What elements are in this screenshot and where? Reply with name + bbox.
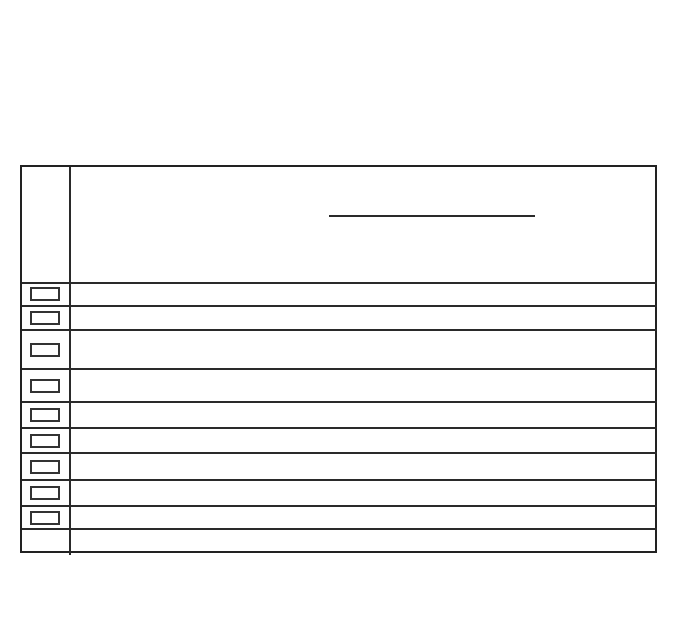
value-settlement — [430, 306, 535, 330]
header-transferred-group — [335, 167, 529, 215]
value-total — [329, 506, 430, 529]
land-category-name — [69, 453, 329, 480]
value-state — [535, 480, 657, 506]
legend-symbol-box — [30, 343, 60, 357]
value-settlement — [430, 330, 535, 369]
value-state — [535, 506, 657, 529]
land-category-name — [69, 282, 329, 306]
value-total — [329, 369, 430, 402]
legend-symbol-box — [30, 379, 60, 393]
land-category-name — [69, 480, 329, 506]
value-settlement — [430, 529, 535, 555]
value-settlement — [430, 402, 535, 428]
value-settlement — [430, 453, 535, 480]
value-total — [329, 453, 430, 480]
value-state — [535, 306, 657, 330]
value-total — [329, 282, 430, 306]
value-total — [329, 402, 430, 428]
value-total — [329, 480, 430, 506]
value-total — [329, 306, 430, 330]
header-name-column — [75, 167, 323, 282]
legend-symbol-box — [30, 311, 60, 325]
legend-symbol-box — [30, 486, 60, 500]
row-divider — [329, 215, 535, 217]
value-state — [535, 369, 657, 402]
value-state — [535, 529, 657, 555]
land-category-name — [69, 506, 329, 529]
value-total — [329, 330, 430, 369]
value-total — [329, 529, 430, 555]
value-state — [535, 330, 657, 369]
value-state — [535, 402, 657, 428]
column-divider — [69, 167, 71, 529]
column-divider — [69, 529, 71, 555]
value-settlement — [430, 480, 535, 506]
land-category-name — [69, 330, 329, 369]
value-total — [329, 428, 430, 453]
legend-symbol-box — [30, 434, 60, 448]
legend-symbol-box — [30, 460, 60, 474]
header-total-subcolumn — [333, 215, 426, 282]
header-settlement-subcolumn — [434, 215, 531, 282]
land-category-name — [69, 306, 329, 330]
value-state — [535, 453, 657, 480]
value-settlement — [430, 506, 535, 529]
legend-symbol-box — [30, 408, 60, 422]
land-category-name — [69, 369, 329, 402]
land-category-name — [69, 428, 329, 453]
legend-symbol-box — [30, 511, 60, 525]
value-settlement — [430, 369, 535, 402]
header-code-column — [22, 167, 69, 282]
legend-symbol-box — [30, 287, 60, 301]
value-settlement — [430, 282, 535, 306]
value-settlement — [430, 428, 535, 453]
value-state — [535, 428, 657, 453]
land-category-name — [69, 402, 329, 428]
land-table — [20, 165, 657, 553]
total-row-label — [69, 529, 329, 555]
header-state-column — [541, 167, 651, 282]
value-state — [535, 282, 657, 306]
